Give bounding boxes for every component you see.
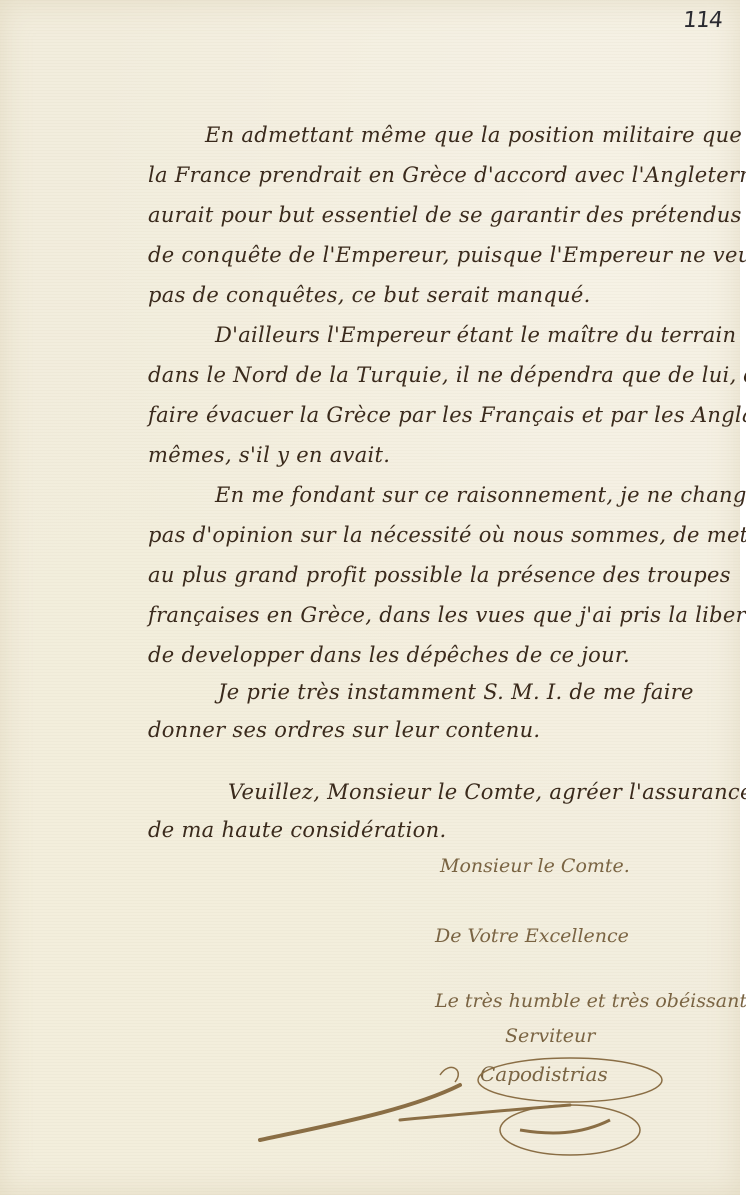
text-line: Veuillez, Monsieur le Comte, agréer l'as… [228, 780, 746, 804]
text-line: pas d'opinion sur la nécessité où nous s… [148, 523, 746, 547]
manuscript-page: 114 En admettant même que la position mi… [0, 0, 740, 1195]
signature-flourish-icon [250, 1040, 730, 1160]
text-line: françaises en Grèce, dans les vues que j… [148, 603, 746, 627]
text-line: pas de conquêtes, ce but serait manqué. [148, 283, 591, 307]
text-line: donner ses ordres sur leur contenu. [148, 718, 540, 742]
closing-line: Le très humble et très obéissant [435, 990, 746, 1012]
text-line: D'ailleurs l'Empereur étant le maître du… [215, 323, 736, 347]
text-line: En me fondant sur ce raisonnement, je ne… [215, 483, 746, 507]
folio-number: 114 [682, 8, 724, 33]
text-line: aurait pour but essentiel de se garantir… [148, 203, 746, 227]
text-line: mêmes, s'il y en avait. [148, 443, 390, 467]
closing-salutation: Monsieur le Comte. [440, 855, 630, 877]
text-line: de conquête de l'Empereur, puisque l'Emp… [148, 243, 746, 267]
text-line: la France prendrait en Grèce d'accord av… [148, 163, 746, 187]
text-line: En admettant même que la position milita… [205, 123, 742, 147]
text-line: au plus grand profit possible la présenc… [148, 563, 731, 587]
text-line: faire évacuer la Grèce par les Français … [148, 403, 746, 427]
closing-line: De Votre Excellence [435, 925, 629, 947]
text-line: de ma haute considération. [148, 818, 446, 842]
text-line: Je prie très instamment S. M. I. de me f… [218, 680, 694, 704]
text-line: dans le Nord de la Turquie, il ne dépend… [148, 363, 746, 387]
text-line: de developper dans les dépêches de ce jo… [148, 643, 630, 667]
